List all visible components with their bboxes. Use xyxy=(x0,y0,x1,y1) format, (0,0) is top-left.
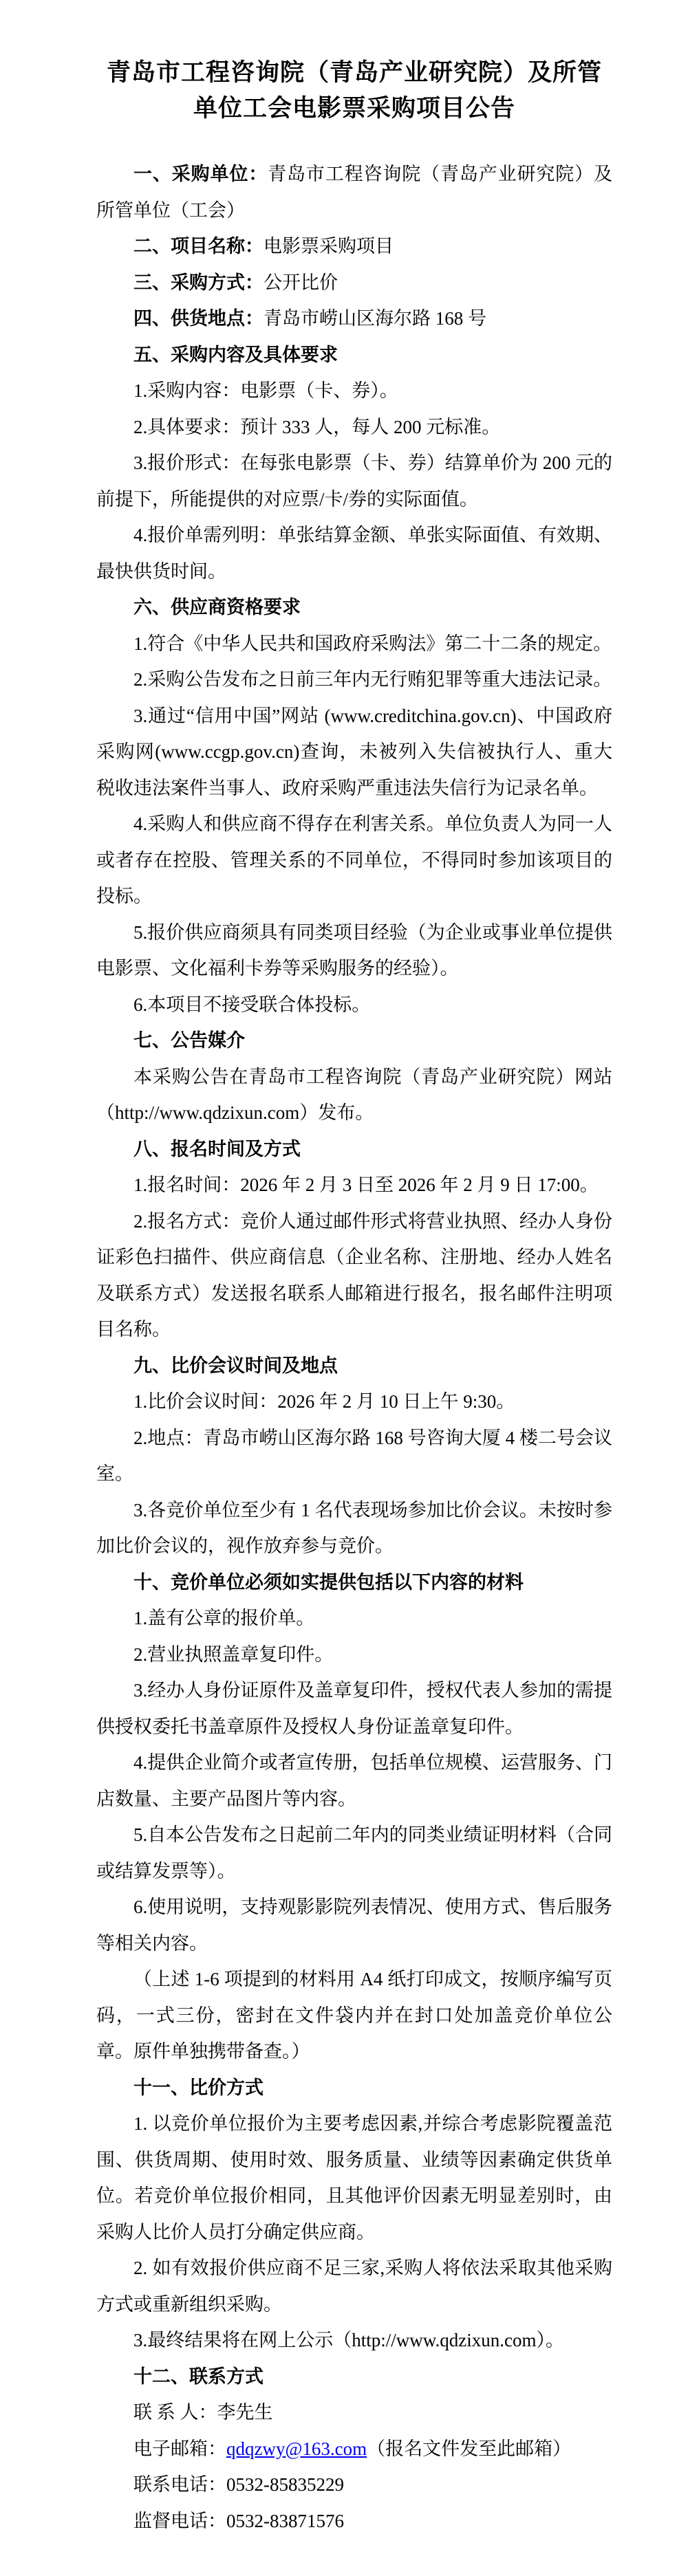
section-heading: 十一、比价方式 xyxy=(96,2070,612,2106)
paragraph-text: 2.具体要求：预计 333 人，每人 200 元标准。 xyxy=(133,417,500,437)
section-heading: 六、供应商资格要求 xyxy=(96,589,612,626)
paragraph: （上述 1-6 项提到的材料用 A4 纸打印成文，按顺序编写页码，一式三份，密封… xyxy=(96,1961,612,2070)
title-line-2: 单位工会电影票采购项目公告 xyxy=(96,91,612,127)
section-heading-label: 一、采购单位： xyxy=(133,164,268,184)
paragraph: 一、采购单位：青岛市工程咨询院（青岛产业研究院）及所管单位（工会） xyxy=(96,156,612,228)
paragraph-text: 1.比价会议时间：2026 年 2 月 10 日上午 9:30。 xyxy=(133,1391,515,1412)
section-heading: 五、采购内容及具体要求 xyxy=(96,337,612,373)
email-link[interactable]: qdqzwy@163.com xyxy=(226,2438,367,2459)
paragraph: 2.报名方式：竞价人通过邮件形式将营业执照、经办人身份证彩色扫描件、供应商信息（… xyxy=(96,1203,612,1348)
paragraph: 4.采购人和供应商不得存在利害关系。单位负责人为同一人或者存在控股、管理关系的不… xyxy=(96,806,612,915)
section-heading: 九、比价会议时间及地点 xyxy=(96,1348,612,1384)
document-title: 青岛市工程咨询院（青岛产业研究院）及所管 单位工会电影票采购项目公告 xyxy=(96,55,612,127)
paragraph: 2. 如有效报价供应商不足三家,采购人将依法采取其他采购方式或重新组织采购。 xyxy=(96,2250,612,2322)
paragraph-text: 2.地点：青岛市崂山区海尔路 168 号咨询大厦 4 楼二号会议室。 xyxy=(96,1428,612,1485)
paragraph-text: 5.自本公告发布之日起前二年内的同类业绩证明材料（合同或结算发票等）。 xyxy=(96,1824,612,1881)
paragraph: 1. 以竞价单位报价为主要考虑因素,并综合考虑影院覆盖范围、供货周期、使用时效、… xyxy=(96,2106,612,2250)
paragraph-text: 1.符合《中华人民共和国政府采购法》第二十二条的规定。 xyxy=(133,633,612,654)
section-heading-label: 三、采购方式： xyxy=(133,272,264,293)
section-heading-label: 七、公告媒介 xyxy=(133,1030,245,1051)
section-heading-label: 六、供应商资格要求 xyxy=(133,597,301,618)
paragraph-text: 4.采购人和供应商不得存在利害关系。单位负责人为同一人或者存在控股、管理关系的不… xyxy=(96,814,612,906)
paragraph: 3.经办人身份证原件及盖章复印件，授权代表人参加的需提供授权委托书盖章原件及授权… xyxy=(96,1672,612,1745)
paragraph: 5.自本公告发布之日起前二年内的同类业绩证明材料（合同或结算发票等）。 xyxy=(96,1817,612,1889)
section-heading-label: 十一、比价方式 xyxy=(133,2077,264,2098)
paragraph: 2.具体要求：预计 333 人，每人 200 元标准。 xyxy=(96,409,612,446)
paragraph-text: 3.最终结果将在网上公示（http://www.qdzixun.com）。 xyxy=(133,2330,564,2350)
section-heading-label: 十、竞价单位必须如实提供包括以下内容的材料 xyxy=(133,1572,524,1593)
title-line-1: 青岛市工程咨询院（青岛产业研究院）及所管 xyxy=(96,55,612,91)
paragraph-text: 4.提供企业简介或者宣传册，包括单位规模、运营服务、门店数量、主要产品图片等内容… xyxy=(96,1752,612,1809)
paragraph: 联 系 人：李先生 xyxy=(96,2394,612,2431)
paragraph: 3.报价形式：在每张电影票（卡、券）结算单价为 200 元的前提下，所能提供的对… xyxy=(96,445,612,517)
paragraph: 本采购公告在青岛市工程咨询院（青岛产业研究院）网站（http://www.qdz… xyxy=(96,1059,612,1131)
paragraph: 1.报名时间：2026 年 2 月 3 日至 2026 年 2 月 9 日 17… xyxy=(96,1167,612,1203)
paragraph: 1.符合《中华人民共和国政府采购法》第二十二条的规定。 xyxy=(96,626,612,662)
email-label: 电子邮箱： xyxy=(133,2438,226,2459)
announcement-page: 青岛市工程咨询院（青岛产业研究院）及所管 单位工会电影票采购项目公告 一、采购单… xyxy=(0,0,688,2576)
paragraph-text: 3.报价形式：在每张电影票（卡、券）结算单价为 200 元的前提下，所能提供的对… xyxy=(96,452,612,510)
email-note: （报名文件发至此邮箱） xyxy=(367,2438,571,2459)
paragraph: 1.采购内容：电影票（卡、券）。 xyxy=(96,373,612,409)
section-heading: 七、公告媒介 xyxy=(96,1023,612,1059)
paragraph-text: （上述 1-6 项提到的材料用 A4 纸打印成文，按顺序编写页码，一式三份，密封… xyxy=(96,1969,612,2062)
paragraph-text: 6.本项目不接受联合体投标。 xyxy=(133,994,370,1015)
paragraph-text: 1.报名时间：2026 年 2 月 3 日至 2026 年 2 月 9 日 17… xyxy=(133,1175,599,1195)
paragraph: 4.提供企业简介或者宣传册，包括单位规模、运营服务、门店数量、主要产品图片等内容… xyxy=(96,1745,612,1817)
paragraph-text: 1.采购内容：电影票（卡、券）。 xyxy=(133,380,398,401)
paragraph-text: 青岛市崂山区海尔路 168 号 xyxy=(264,308,486,329)
section-heading-label: 四、供货地点： xyxy=(133,308,264,329)
paragraph: 四、供货地点：青岛市崂山区海尔路 168 号 xyxy=(96,301,612,337)
paragraph: 5.报价供应商须具有同类项目经验（为企业或事业单位提供电影票、文化福利卡券等采购… xyxy=(96,915,612,987)
paragraph-text: 监督电话：0532-83871576 xyxy=(133,2511,344,2531)
paragraph-text: 联 系 人：李先生 xyxy=(133,2402,273,2423)
section-heading-label: 二、项目名称： xyxy=(133,236,264,256)
paragraph-text: 3.各竞价单位至少有 1 名代表现场参加比价会议。未按时参加比价会议的，视作放弃… xyxy=(96,1500,612,1557)
paragraph-text: 6.使用说明，支持观影影院列表情况、使用方式、售后服务等相关内容。 xyxy=(96,1897,612,1954)
paragraph-text: 1. 以竞价单位报价为主要考虑因素,并综合考虑影院覆盖范围、供货周期、使用时效、… xyxy=(96,2113,612,2242)
paragraph: 2.地点：青岛市崂山区海尔路 168 号咨询大厦 4 楼二号会议室。 xyxy=(96,1420,612,1492)
section-heading: 十、竞价单位必须如实提供包括以下内容的材料 xyxy=(96,1564,612,1601)
paragraph: 3.各竞价单位至少有 1 名代表现场参加比价会议。未按时参加比价会议的，视作放弃… xyxy=(96,1492,612,1564)
paragraph-text: 联系电话：0532-85835229 xyxy=(133,2474,344,2495)
paragraph: 4.报价单需列明：单张结算金额、单张实际面值、有效期、最快供货时间。 xyxy=(96,517,612,589)
paragraph: 3.最终结果将在网上公示（http://www.qdzixun.com）。 xyxy=(96,2322,612,2359)
paragraph: 1.比价会议时间：2026 年 2 月 10 日上午 9:30。 xyxy=(96,1384,612,1420)
paragraph-text: 3.通过“信用中国”网站 (www.creditchina.gov.cn)、中国… xyxy=(96,706,612,798)
paragraph-text: 1.盖有公章的报价单。 xyxy=(133,1608,314,1628)
paragraph-text: 本采购公告在青岛市工程咨询院（青岛产业研究院）网站（http://www.qdz… xyxy=(96,1067,612,1124)
paragraph: 三、采购方式：公开比价 xyxy=(96,265,612,301)
paragraph: 2.营业执照盖章复印件。 xyxy=(96,1637,612,1673)
section-heading: 十二、联系方式 xyxy=(96,2359,612,2395)
paragraph-text: 4.报价单需列明：单张结算金额、单张实际面值、有效期、最快供货时间。 xyxy=(96,525,612,582)
paragraph-text: 3.经办人身份证原件及盖章复印件，授权代表人参加的需提供授权委托书盖章原件及授权… xyxy=(96,1680,612,1737)
paragraph-text: 5.报价供应商须具有同类项目经验（为企业或事业单位提供电影票、文化福利卡券等采购… xyxy=(96,922,612,979)
paragraph: 6.本项目不接受联合体投标。 xyxy=(96,987,612,1023)
section-heading-label: 五、采购内容及具体要求 xyxy=(133,345,338,365)
paragraph-text: 电影票采购项目 xyxy=(264,236,394,256)
section-heading: 八、报名时间及方式 xyxy=(96,1131,612,1168)
section-heading-label: 九、比价会议时间及地点 xyxy=(133,1355,338,1376)
paragraph-text: 2.报名方式：竞价人通过邮件形式将营业执照、经办人身份证彩色扫描件、供应商信息（… xyxy=(96,1211,612,1340)
paragraph: 电子邮箱：qdqzwy@163.com（报名文件发至此邮箱） xyxy=(96,2431,612,2467)
paragraph-text: 2.营业执照盖章复印件。 xyxy=(133,1644,333,1665)
paragraph: 联系电话：0532-85835229 xyxy=(96,2467,612,2503)
paragraph: 6.使用说明，支持观影影院列表情况、使用方式、售后服务等相关内容。 xyxy=(96,1889,612,1961)
paragraph: 2.采购公告发布之日前三年内无行贿犯罪等重大违法记录。 xyxy=(96,662,612,698)
paragraph: 监督电话：0532-83871576 xyxy=(96,2503,612,2540)
paragraph: 二、项目名称：电影票采购项目 xyxy=(96,228,612,265)
section-heading-label: 八、报名时间及方式 xyxy=(133,1139,301,1159)
section-heading-label: 十二、联系方式 xyxy=(133,2366,264,2387)
paragraph-text: 2.采购公告发布之日前三年内无行贿犯罪等重大违法记录。 xyxy=(133,669,612,690)
paragraph-text: 2. 如有效报价供应商不足三家,采购人将依法采取其他采购方式或重新组织采购。 xyxy=(96,2258,612,2315)
document-body: 一、采购单位：青岛市工程咨询院（青岛产业研究院）及所管单位（工会）二、项目名称：… xyxy=(96,156,612,2539)
paragraph: 1.盖有公章的报价单。 xyxy=(96,1600,612,1637)
paragraph-text: 公开比价 xyxy=(264,272,338,293)
paragraph: 3.通过“信用中国”网站 (www.creditchina.gov.cn)、中国… xyxy=(96,698,612,807)
